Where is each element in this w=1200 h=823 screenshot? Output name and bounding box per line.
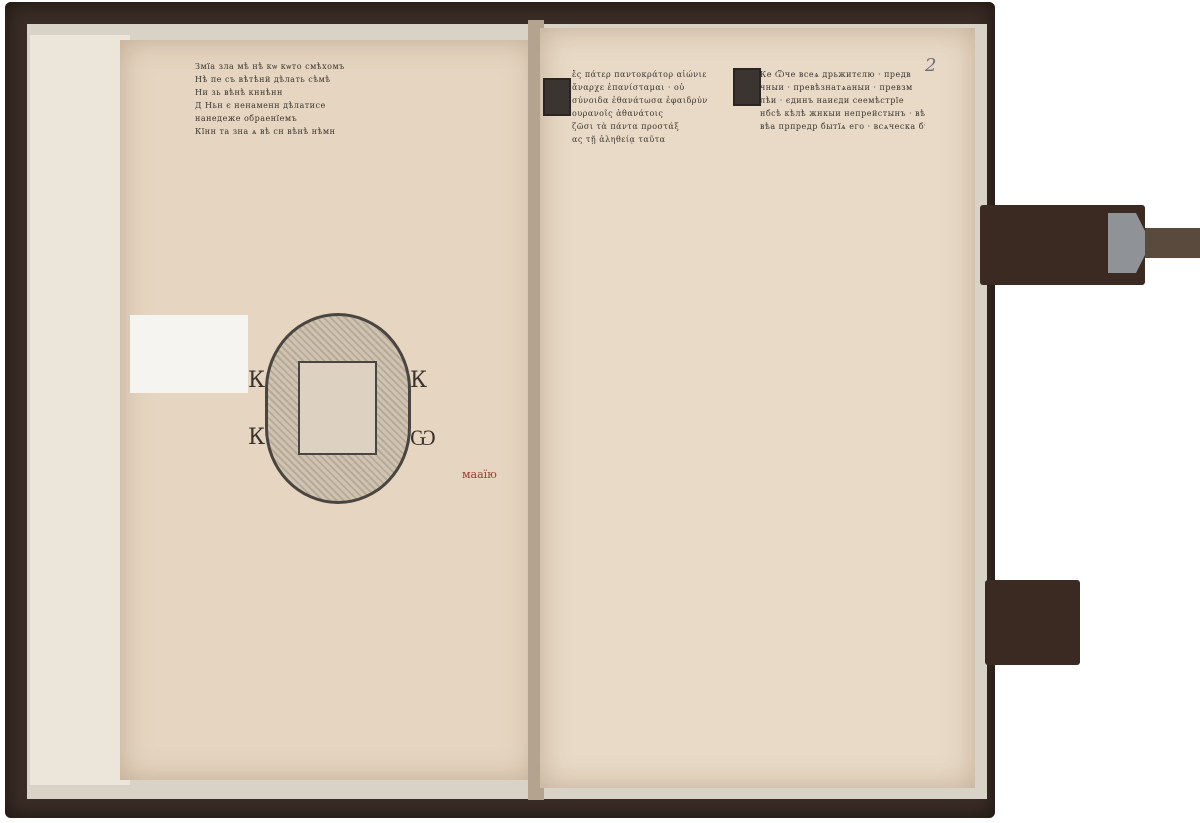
text-line: Змїа зла мѣ нѣ кѡ кѡто смѣхомъ bbox=[195, 60, 455, 73]
text-line: ζῶσι τὰ πάντα προστάξ bbox=[572, 120, 727, 133]
text-line: Нѣ пе съ вѣтѣнй дѣлать сѣмѣ bbox=[195, 73, 455, 86]
text-line: Кїнн та зна ѧ вѣ сн вѣнѣ нѣмн bbox=[195, 125, 455, 138]
text-line: ἔς πάτερ παντοκράτορ αἰώνιε bbox=[572, 68, 727, 81]
text-line: σύνοιδα ἐθανάτωσα ἐφαιδρύν bbox=[572, 94, 727, 107]
text-line: нанедеже обраенїемъ bbox=[195, 112, 455, 125]
decorated-initial bbox=[733, 68, 761, 106]
slavonic-column: Ке Ѿче всеѧ дрьжитєлю · предв чныи · пре… bbox=[760, 68, 925, 768]
text-line: ας τῇ ἀληθείᾳ ταῦτα bbox=[572, 133, 727, 146]
heraldic-letter: К bbox=[410, 368, 427, 393]
clasp-bar bbox=[1145, 228, 1200, 258]
greek-column: ἔς πάτερ παντοκράτορ αἰώνιε ἄναρχε ἐπανί… bbox=[572, 68, 727, 768]
text-line: лѣи · єдинъ наиєди сеемѣстрїе bbox=[760, 94, 925, 107]
coat-of-arms bbox=[265, 313, 411, 504]
text-line: Ке Ѿче всеѧ дрьжитєлю · предв bbox=[760, 68, 925, 81]
text-line: ουρανοῖς ἀθανάτοις bbox=[572, 107, 727, 120]
heraldic-letter: К bbox=[248, 368, 265, 393]
heraldic-letter: Ѡ bbox=[410, 425, 436, 451]
text-line: вѣа прпредр бытїѧ его · всѧческа бѣ bbox=[760, 120, 925, 133]
red-rubric: мааїю bbox=[462, 468, 497, 481]
text-line: чныи · превѣзнатѧаныи · превзм bbox=[760, 81, 925, 94]
decorated-initial bbox=[543, 78, 571, 116]
paper-patch bbox=[130, 315, 248, 393]
text-line: Д Ньн є ненаменн дѣлатисе bbox=[195, 99, 455, 112]
heraldic-letter: К bbox=[248, 425, 265, 450]
page-number: 2 bbox=[925, 55, 936, 76]
left-page-text-top: Змїа зла мѣ нѣ кѡ кѡто смѣхомъ Нѣ пе съ … bbox=[195, 60, 455, 210]
crest-shield bbox=[298, 361, 377, 455]
text-line: Ни зь вѣнѣ кннѣнн bbox=[195, 86, 455, 99]
pastedown-paper bbox=[30, 35, 130, 785]
text-line: ἄναρχε ἐπανίσταμαι · οὐ bbox=[572, 81, 727, 94]
lower-leather-strap bbox=[985, 580, 1080, 665]
text-line: нбсѣ кѣлѣ жнкыи непрейстынъ · вѣдн bbox=[760, 107, 925, 120]
